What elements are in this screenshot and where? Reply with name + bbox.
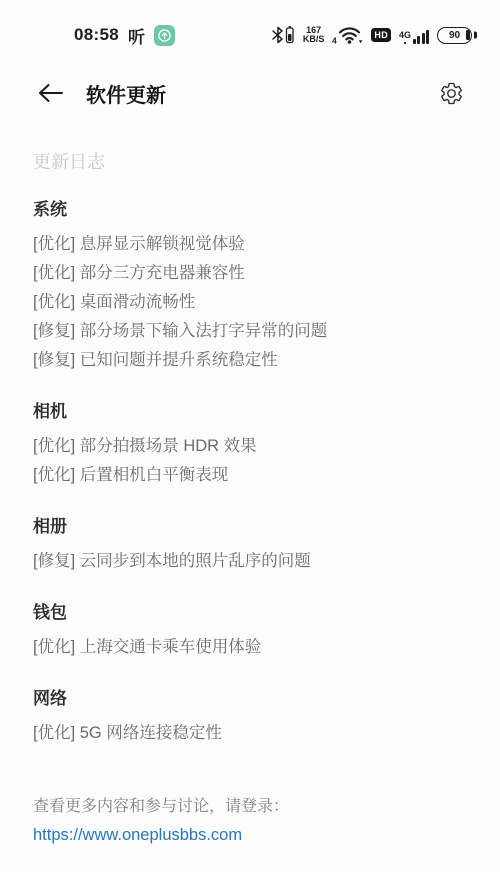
bluetooth-icon — [269, 25, 295, 45]
section-network: 网络 [优化] 5G 网络连接稳定性 — [33, 689, 467, 748]
wifi-icon: 4 — [332, 25, 363, 45]
section-items: [优化] 上海交通卡乘车使用体验 — [33, 633, 467, 662]
section-system: 系统 [优化] 息屏显示解锁视觉体验 [优化] 部分三方充电器兼容性 [优化] … — [33, 200, 467, 375]
update-arrow-icon — [157, 28, 172, 43]
back-button[interactable] — [37, 82, 64, 104]
status-bar-right: 167 KB/S 4 HD 4G 90 — [269, 25, 472, 45]
section-album: 相册 [修复] 云同步到本地的照片乱序的问题 — [33, 517, 467, 576]
changelog-heading: 更新日志 — [33, 151, 467, 173]
section-items: [优化] 息屏显示解锁视觉体验 [优化] 部分三方充电器兼容性 [优化] 桌面滑… — [33, 230, 467, 375]
section-camera: 相机 [优化] 部分拍摄场景 HDR 效果 [优化] 后置相机白平衡表现 — [33, 402, 467, 490]
changelog-item: [修复] 已知问题并提升系统稳定性 — [33, 346, 467, 375]
battery-percent-label: 90 — [449, 30, 460, 41]
section-title: 相机 — [33, 402, 467, 422]
section-title: 钱包 — [33, 603, 467, 623]
back-arrow-icon — [37, 82, 64, 104]
changelog-item: [优化] 桌面滑动流畅性 — [33, 288, 467, 317]
status-bar: 08:58 听 167 KB/S 4 HD — [0, 0, 500, 60]
system-update-notification-icon — [154, 25, 175, 46]
cellular-signal-icon: 4G — [399, 26, 429, 44]
changelog-item: [优化] 部分拍摄场景 HDR 效果 — [33, 432, 467, 461]
wifi-generation-label: 4 — [332, 36, 337, 46]
settings-button[interactable] — [439, 81, 464, 106]
section-items: [优化] 部分拍摄场景 HDR 效果 [优化] 后置相机白平衡表现 — [33, 432, 467, 490]
clock: 08:58 — [74, 25, 119, 45]
network-speed-unit: KB/S — [303, 35, 325, 45]
changelog-item: [优化] 上海交通卡乘车使用体验 — [33, 633, 467, 662]
signal-bars-icon — [413, 30, 429, 44]
section-title: 相册 — [33, 517, 467, 537]
footer: 查看更多内容和参与讨论，请登录： https://www.oneplusbbs.… — [33, 793, 467, 849]
section-title: 网络 — [33, 689, 467, 709]
network-speed-indicator: 167 KB/S — [303, 26, 325, 45]
page-title: 软件更新 — [86, 79, 166, 108]
section-title: 系统 — [33, 200, 467, 220]
changelog-item: [修复] 云同步到本地的照片乱序的问题 — [33, 547, 467, 576]
forum-link[interactable]: https://www.oneplusbbs.com — [33, 821, 242, 849]
section-items: [修复] 云同步到本地的照片乱序的问题 — [33, 547, 467, 576]
changelog-item: [优化] 5G 网络连接稳定性 — [33, 719, 467, 748]
changelog-item: [修复] 部分场景下输入法打字异常的问题 — [33, 317, 467, 346]
network-type-indicator: 4G — [399, 31, 411, 45]
changelog-item: [优化] 部分三方充电器兼容性 — [33, 259, 467, 288]
wifi-traffic-arrow-icon — [359, 40, 363, 43]
app-header: 软件更新 — [0, 60, 500, 126]
changelog-content: 更新日志 系统 [优化] 息屏显示解锁视觉体验 [优化] 部分三方充电器兼容性 … — [0, 126, 500, 849]
section-items: [优化] 5G 网络连接稳定性 — [33, 719, 467, 748]
footer-prompt: 查看更多内容和参与讨论，请登录： — [33, 793, 467, 821]
sim-dot-icon — [404, 42, 407, 45]
network-type-label: 4G — [399, 31, 411, 40]
listen-app-icon: 听 — [128, 23, 145, 48]
hd-voice-badge: HD — [371, 28, 391, 42]
changelog-item: [优化] 后置相机白平衡表现 — [33, 461, 467, 490]
section-wallet: 钱包 [优化] 上海交通卡乘车使用体验 — [33, 603, 467, 662]
gear-icon — [439, 81, 464, 106]
changelog-item: [优化] 息屏显示解锁视觉体验 — [33, 230, 467, 259]
battery-indicator: 90 — [437, 27, 472, 44]
status-bar-left: 08:58 听 — [74, 23, 175, 48]
